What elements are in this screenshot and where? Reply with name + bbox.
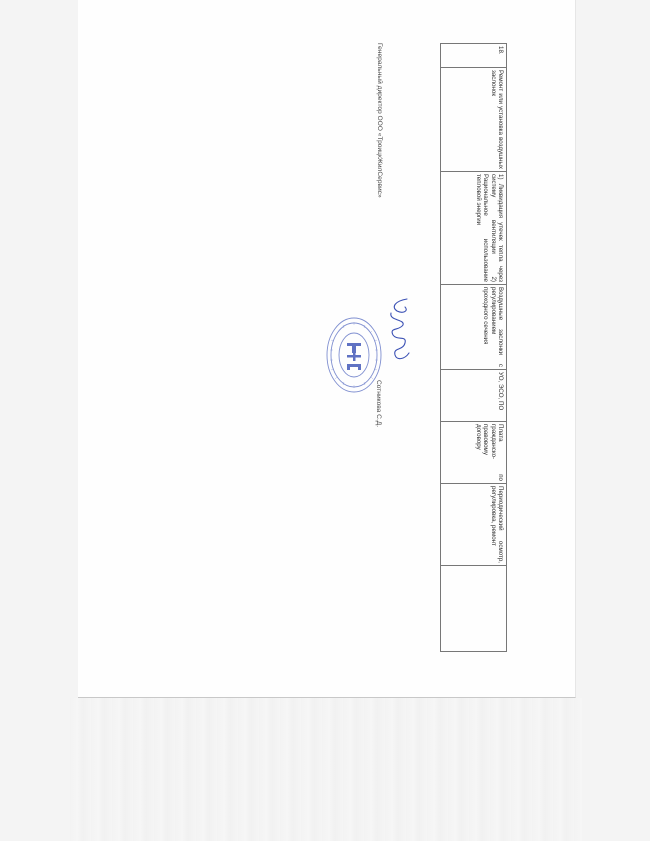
- handwritten-signature-icon: [385, 295, 415, 365]
- works-table-frame: 18. Ремонт или установка воздушных засло…: [440, 43, 507, 651]
- signature-block: Генеральный директор ООО «ТроицкЖилСерви…: [360, 40, 400, 460]
- funding-cell: Плата по гражданско-правовому договору: [441, 422, 507, 484]
- work-name-cell: Ремонт или установка воздушных заслонок: [441, 68, 507, 172]
- director-position: Генеральный директор ООО «ТроицкЖилСерви…: [376, 43, 383, 198]
- note-cell: [441, 566, 507, 652]
- purpose-cell: 1) Ликвидация утечек тепла через систему…: [441, 172, 507, 285]
- works-table: 18. Ремонт или установка воздушных засло…: [440, 43, 507, 652]
- row-number: 18.: [441, 44, 507, 68]
- executor-cell: УО, ЭСО, ПО: [441, 370, 507, 422]
- table-row: 18. Ремонт или установка воздушных засло…: [441, 44, 507, 652]
- scan-background: [70, 698, 582, 841]
- equipment-cell: Воздушные заслонки с регулированием прох…: [441, 285, 507, 370]
- company-stamp-icon: [325, 315, 383, 395]
- schedule-cell: Периодический осмотр, регулировка, ремон…: [441, 484, 507, 566]
